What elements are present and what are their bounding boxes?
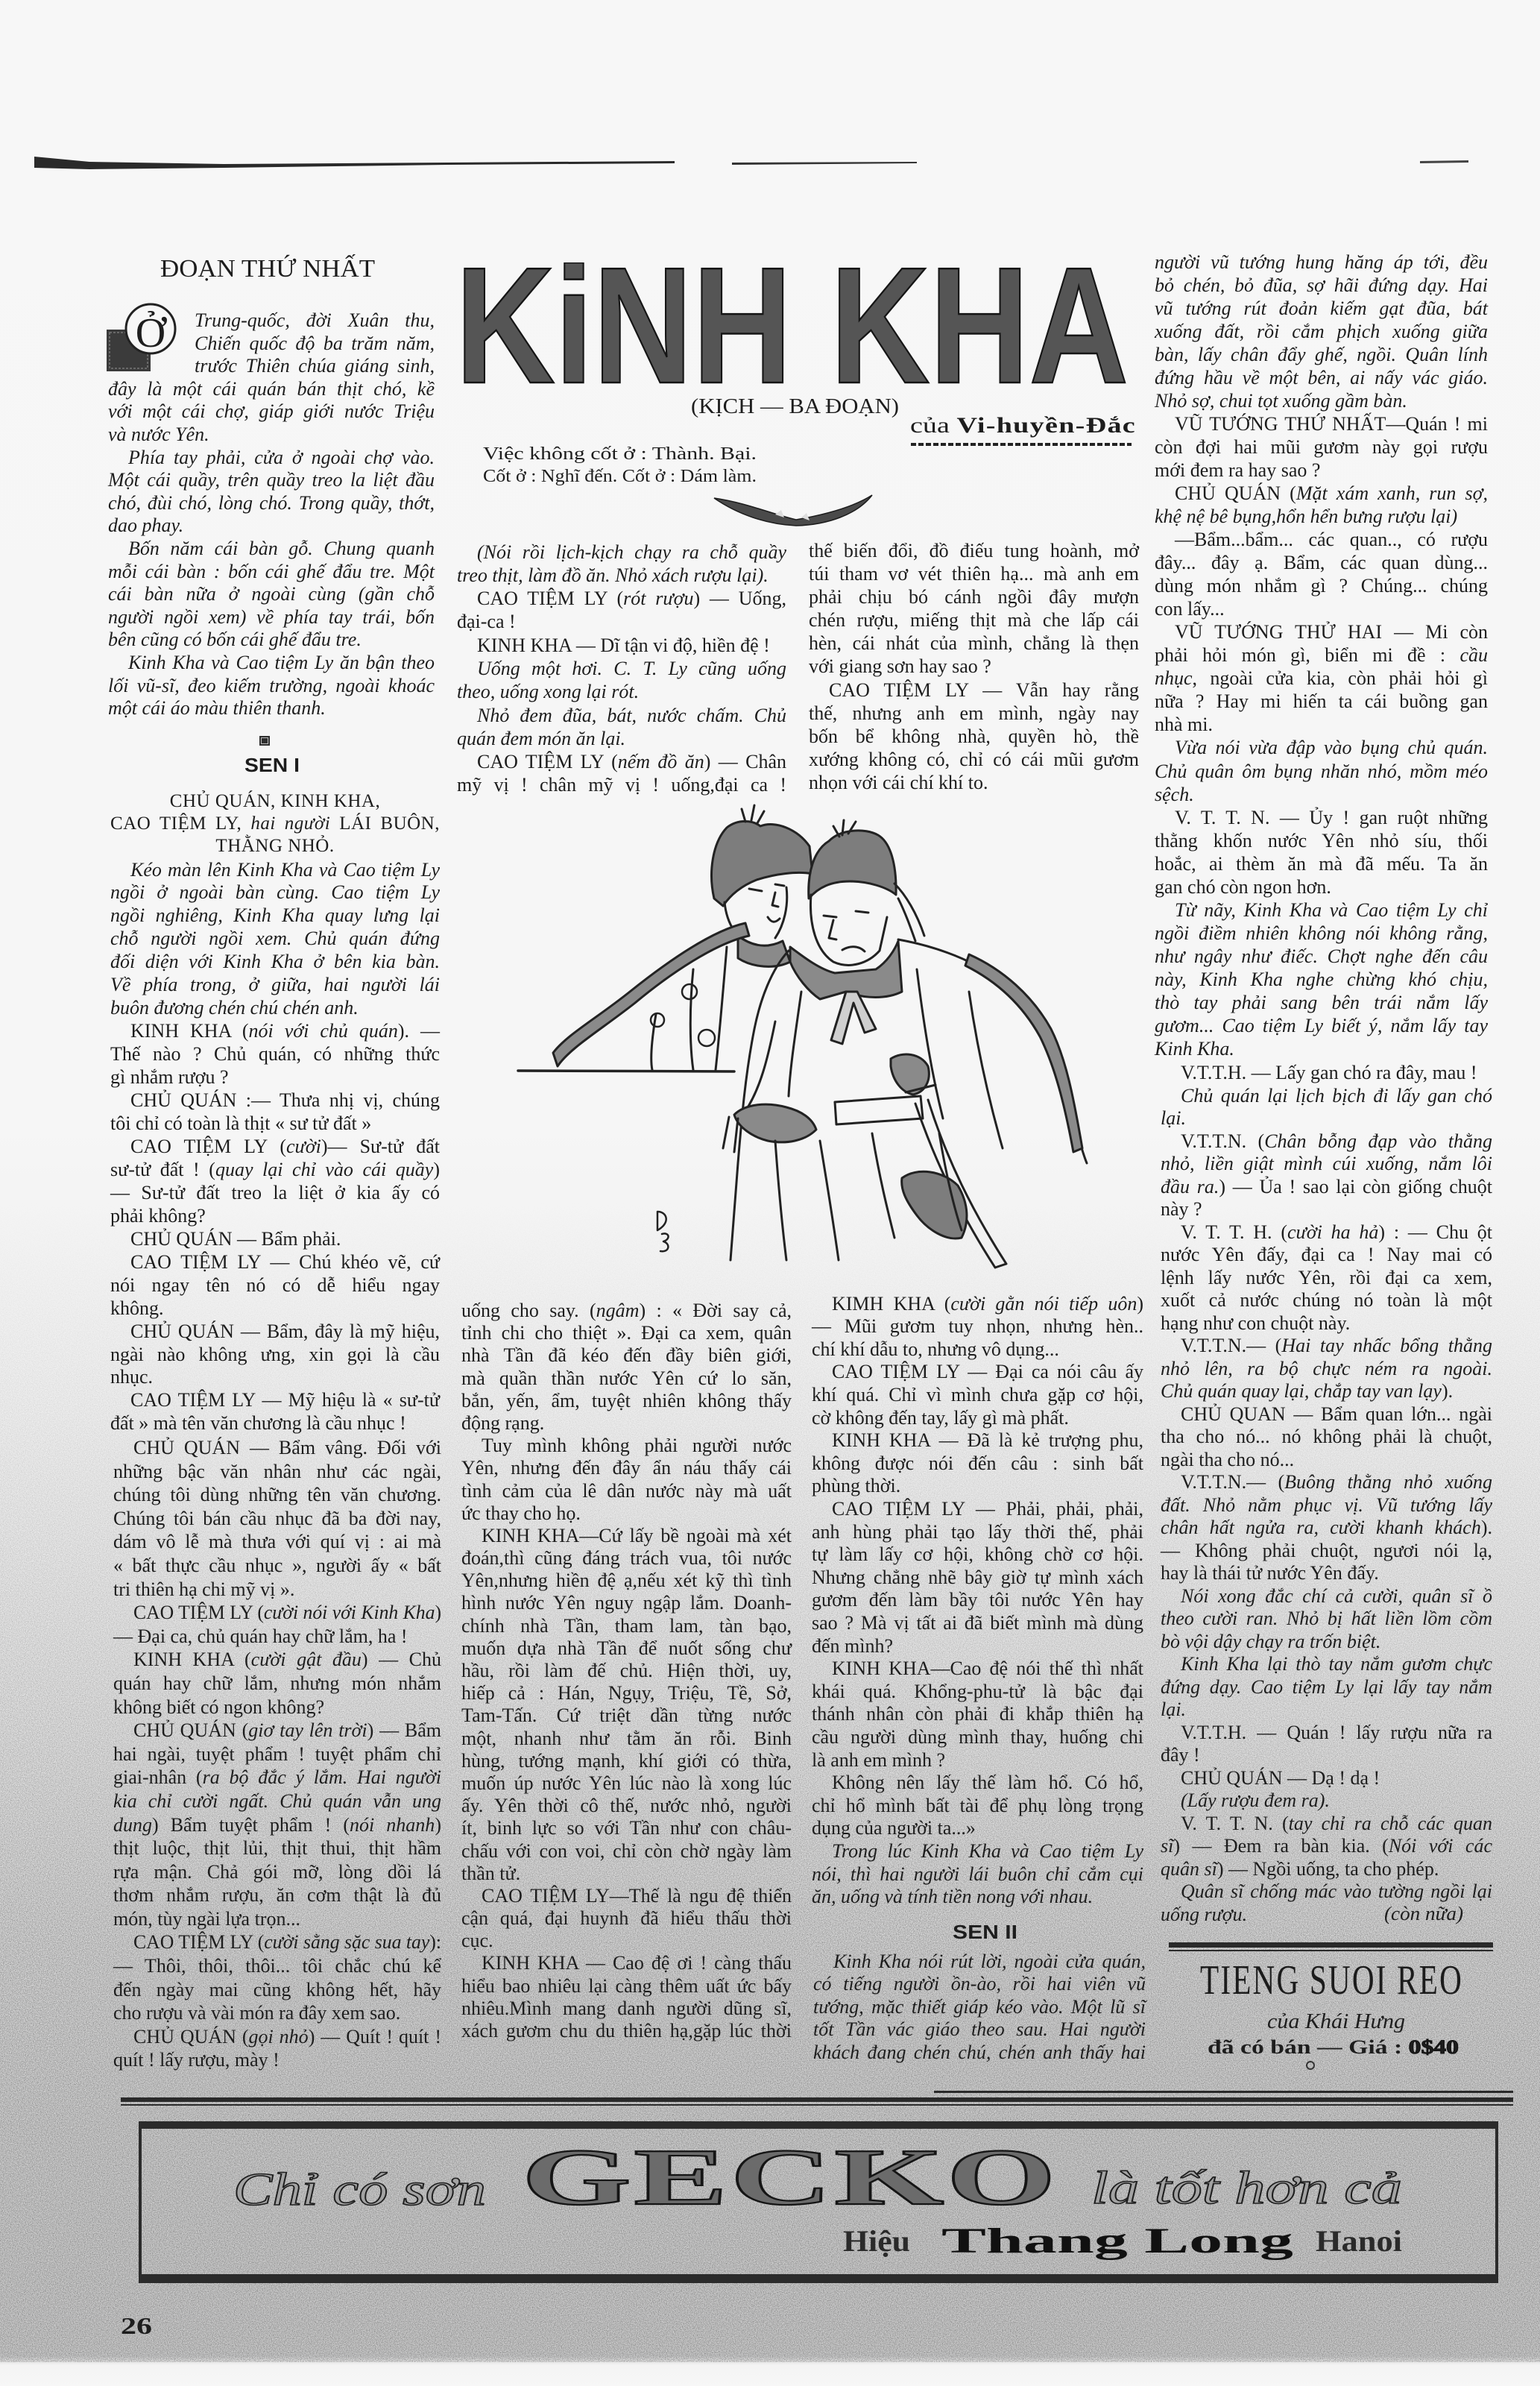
text-line: Kinh Kha nói rút lời, ngoài cửa quán, <box>813 1951 1146 1974</box>
stage-direction: người vũ tướng hung hăng áp tới, đềubỏ c… <box>1155 251 1488 412</box>
dialogue-paragraph: CHỦ QUÁN (Mặt xám xanh, run sợ,khệ nệ bê… <box>1155 482 1488 528</box>
text-line: cận quá, đại huynh đã hiểu thấu thời <box>461 1907 792 1930</box>
text-line: CAO TIỆM LY — Mỹ hiệu là « sư-tử <box>110 1389 440 1412</box>
text-line: đây là một cái quán bán thịt chó, kề <box>108 378 435 401</box>
text-line: KINH KHA — Dĩ tận vi độ, hiền đệ ! <box>457 634 786 657</box>
text-line: gươm... Cao tiệm Ly biết ý, nắm lấy tay <box>1155 1014 1488 1037</box>
act-heading: ĐOẠN THỨ NHẤT <box>160 258 375 280</box>
text-line: xách gươm chu du thiên hạ,gặp lúc thời <box>461 2020 792 2042</box>
book-ad-author: của Khái Hưng <box>1267 2012 1405 2033</box>
dialogue-paragraph: KINH KHA (nói với chủ quán). —Thế nào ? … <box>110 1020 440 1089</box>
text-line: quán đem món ăn lại. <box>457 727 786 750</box>
text-line: cờ không đến tay, lấy gì mà phất. <box>812 1407 1143 1430</box>
text-line: Chúng tôi bán cầu nhục đã ba đời nay, <box>113 1507 441 1531</box>
text-line: Về phía trong, ở giữa, hai người lái <box>110 974 440 997</box>
text-line: phải hỏi món gì, biển mi đề : cầu <box>1155 643 1488 667</box>
text-line: VŨ TƯỚNG THỨ NHẤT—Quán ! mi <box>1155 412 1488 435</box>
text-line: CAO TIỆM LY — Phải, phải, phải, <box>812 1498 1143 1521</box>
text-line: V.T.T.N. (Chân bỗng đạp vào thằng <box>1161 1130 1492 1153</box>
middle-column-b-top: thế biến đổi, đồ điếu tung hoành, mởtúi … <box>809 539 1139 795</box>
dialogue-paragraph: CAO TIỆM LY — Đại ca nói câu ấykhí quá. … <box>812 1361 1143 1429</box>
text-line: V. T. T. N. — Ủy ! gan ruột những <box>1155 806 1488 829</box>
text-line: KINH KHA (cười gật đầu) — Chủ <box>113 1648 441 1672</box>
swoosh-ornament-icon <box>708 488 880 529</box>
dialogue-paragraph: KINH KHA — Dĩ tận vi độ, hiền đệ ! <box>457 634 786 657</box>
text-line: Từ nãy, Kinh Kha và Cao tiệm Ly chỉ <box>1155 898 1488 922</box>
text-line: rựa mận. Chả gói mỡ, lòng dồi lá <box>113 1860 441 1884</box>
text-line: hèn, cái nhát của mình, chẳng là thẹn <box>809 632 1139 655</box>
top-rule <box>0 149 1540 179</box>
text-line: sao ? Mà vị tất ai đã biết mình mà dùng <box>812 1612 1143 1635</box>
text-line: chân hất ngửa ra, cười khanh khách). <box>1161 1517 1492 1540</box>
text-line: Kinh Kha và Cao tiệm Ly ăn bận theo <box>108 652 435 675</box>
text-line: V.T.T.N.— (Buông thằng nhỏ xuống <box>1161 1471 1492 1494</box>
text-line: THẰNG NHỎ. <box>110 835 440 857</box>
text-line: cái bàn nữa ở ngoài cùng (gần chỗ <box>108 583 435 606</box>
text-line: CHỦ QUÁN (Mặt xám xanh, run sợ, <box>1155 482 1488 505</box>
stage-direction: (Lấy rượu đem ra). <box>1161 1789 1492 1813</box>
text-line: CAO TIỆM LY — Chú khéo vẽ, cứ <box>110 1251 440 1274</box>
ad-top-rule-thin-upper <box>934 2091 1513 2093</box>
text-line: tôi chỉ có toàn là thịt « sư tử đất » <box>110 1112 440 1136</box>
text-line: CAO TIỆM LY (rót rượu) — Uống, <box>457 587 786 610</box>
text-line: có tiếng người ồn-ào, rồi hai viên vũ <box>813 1973 1146 1996</box>
text-line: này ? <box>1161 1198 1492 1221</box>
text-line: đây... đây ạ. Bẩm, các quan dùng... <box>1155 551 1488 574</box>
text-line: gươm đến làm bầy tôi nước Yên hay <box>812 1589 1143 1612</box>
dialogue-paragraph: V.T.T.H. — Quán ! lấy rượu nữa rađây ! <box>1161 1722 1492 1767</box>
dialogue-paragraph: V. T. T. H. (cười ha hả) : — Chu ộtnước … <box>1161 1221 1492 1335</box>
text-line: là anh em mình ? <box>812 1749 1143 1772</box>
text-line: thịt luộc, thịt lủi, thịt thui, thịt hầm <box>113 1836 441 1860</box>
text-line: Vừa nói vừa đập vào bụng chủ quán. <box>1155 736 1488 759</box>
text-line: anh hùng phải tạo lấy thời thế, phải <box>812 1521 1143 1544</box>
text-line: Kinh Kha. <box>1155 1037 1488 1060</box>
text-line: một, nhanh như tằm ăn rỗi. Binh <box>461 1728 792 1750</box>
stage-direction: Vừa nói vừa đập vào bụng chủ quán.Chủ qu… <box>1155 736 1488 805</box>
stage-direction: Trong lúc Kinh Kha và Cao tiệm Lynói, th… <box>812 1840 1143 1909</box>
text-line: nhỏ lên, ra bộ chực ném ra ngoài. <box>1161 1358 1492 1381</box>
text-line: chỉ hổ mình bất tài để phụ lòng trọng <box>812 1795 1143 1818</box>
text-line: CAO TIỆM LY—Thế là ngu đệ thiển <box>461 1885 792 1907</box>
text-line: CHỦ QUÁN (giơ tay lên trời) — Bẩm <box>113 1719 441 1743</box>
author-prefix: của <box>910 413 956 438</box>
scene-heading-1: SEN I <box>244 755 300 775</box>
text-line: nhà mi. <box>1155 713 1488 736</box>
text-line: thằng khốn nước Yên nhỏ síu, thối <box>1155 829 1488 852</box>
text-line: thơm nhắm rượu, ăn cơm thật là đủ <box>113 1883 441 1907</box>
stage-direction: Kinh Kha và Cao tiệm Ly ăn bận theolối v… <box>108 652 435 720</box>
text-line: CAO TIỆM LY, hai người LÁI BUÔN, <box>110 813 440 835</box>
text-line: CAO TIỆM LY — Vẫn hay rằng <box>809 679 1139 702</box>
text-line: quít ! lấy rượu, mày ! <box>113 2048 441 2072</box>
text-line: nhục, ngoài cửa kia, còn phải hỏi gì <box>1155 667 1488 690</box>
dialogue-paragraph: CAO TIỆM LY — Phải, phải, phải,anh hùng … <box>812 1498 1143 1658</box>
dialogue-paragraph: Tuy mình không phải người nướcYên, nhưng… <box>461 1435 792 1525</box>
text-line: (Lấy rượu đem ra). <box>1161 1789 1492 1813</box>
text-line: khách đang chén chú, chén anh thấy hai <box>813 2042 1146 2065</box>
text-line: theo, uống xong lại rót. <box>457 680 786 703</box>
text-line: « bất thực cầu nhục », người ấy « bất <box>113 1554 441 1578</box>
dialogue-paragraph: CHỦ QUÁN :— Thưa nhị vị, chúngtôi chỉ có… <box>110 1089 440 1136</box>
text-line: nhà Tần đã kéo đến đầy biên giới, <box>461 1344 792 1367</box>
stage-direction: (Nói rồi lịch-kịch chạy ra chỗ quầytreo … <box>457 541 786 588</box>
text-line: CHỦ QUÁN :— Thưa nhị vị, chúng <box>110 1089 440 1112</box>
dialogue-paragraph: VŨ TƯỚNG THỨ NHẤT—Quán ! micòn đợi hai m… <box>1155 412 1488 482</box>
text-line: KINH KHA — Cao đệ ơi ! càng thấu <box>461 1952 792 1974</box>
book-ad-availability: đã có bán — Giá : <box>1208 2036 1409 2058</box>
right-column-part-2: V.T.T.H. — Lấy gan chó ra đây, mau !Chủ … <box>1161 1062 1492 1926</box>
stage-direction: Nói xong đắc chí cả cười, quân sĩ ồtheo … <box>1161 1585 1492 1654</box>
scene-heading-2: SEN II <box>953 1922 1017 1942</box>
text-line: Nói xong đắc chí cả cười, quân sĩ ồ <box>1161 1585 1492 1608</box>
ornament-icon <box>259 736 270 746</box>
text-line: mới đem ra hay sao ? <box>1155 459 1488 482</box>
text-line: người vũ tướng hung hăng áp tới, đều <box>1155 251 1488 274</box>
text-line: bò vội dậy chạy ra trốn biệt. <box>1161 1631 1492 1654</box>
text-line: CAO TIỆM LY — Đại ca nói câu ấy <box>812 1361 1143 1384</box>
stage-direction: Trung-quốc, đời Xuân thu,Chiến quốc độ b… <box>108 309 435 447</box>
text-line: món, tùy ngài lựa trọn... <box>113 1907 441 1931</box>
dialogue-paragraph: V.T.T.H. — Lấy gan chó ra đây, mau ! <box>1161 1062 1492 1085</box>
text-line: KINH KHA (nói với chủ quán). — <box>110 1020 440 1043</box>
text-line: ngồi ở ngoài bàn cùng. Cao tiệm Ly <box>110 881 440 904</box>
text-line: chó, đùi chó, lòng chó. Trong quầy, thớt… <box>108 492 435 515</box>
text-line: thần tử. <box>461 1863 792 1885</box>
text-line: buôn đương chén chú chén anh. <box>110 997 440 1020</box>
text-line: thò tay phải sang bên trái nắm lấy <box>1155 991 1488 1014</box>
text-line: hạng như con chuột này. <box>1161 1312 1492 1335</box>
dialogue-paragraph: CAO TIỆM LY — Vẫn hay rằngthế, nhưng anh… <box>809 679 1139 795</box>
two-swordsmen-illustration <box>507 798 1103 1290</box>
text-line: V.T.T.N.— (Hai tay nhấc bổng thằng <box>1161 1335 1492 1358</box>
dialogue-paragraph: CHỦ QUÁN — Bẩm, đây là mỹ hiệu,ngài nào … <box>110 1321 440 1390</box>
text-line: nói ngay tên nó có dễ hiểu ngay <box>110 1274 440 1297</box>
text-line: ngài nào không ưng, xin gọi là cầu <box>110 1344 440 1367</box>
dialogue-paragraph: CAO TIỆM LY (cười nói với Kinh Kha)— Đại… <box>113 1601 441 1648</box>
text-line: và nước Yên. <box>108 424 435 447</box>
text-line: ít, binh lực so với Tần như con châu- <box>461 1817 792 1839</box>
text-line: dám vô lễ mà thưa với quí vị : ai mà <box>113 1530 441 1554</box>
text-line: không. <box>110 1297 440 1321</box>
motto-line-2: Cốt ở : Nghĩ đến. Cốt ở : Dám làm. <box>483 468 757 485</box>
text-line: dùng món nhắm gì ? Chúng... chúng <box>1155 574 1488 597</box>
text-line: KINH KHA—Cứ lấy bề ngoài mà xét <box>461 1525 792 1547</box>
text-line: nước Yên đấy, đại ca ! Nay mai có <box>1161 1244 1492 1267</box>
text-line: kia chỉ cười ngất. Chủ quán vẫn ung <box>113 1789 441 1813</box>
text-line: Chủ quán quay lại, chắp tay van lạy). <box>1161 1380 1492 1403</box>
text-line: Nhỏ đem đũa, bát, nước chấm. Chủ <box>457 704 786 727</box>
text-line: xuốt cả nước chúng nó toàn là một <box>1161 1289 1492 1312</box>
stage-direction: Kinh Kha nói rút lời, ngoài cửa quán,có … <box>813 1951 1146 2065</box>
cast-list-line: THẰNG NHỎ. <box>110 835 440 857</box>
text-line: Nhưng chẳng nhẽ bây giờ tự mình xách <box>812 1567 1143 1590</box>
text-line: CHỦ QUÁN — Bẩm, đây là mỹ hiệu, <box>110 1321 440 1344</box>
text-line: phải chịu bó cánh ngồi đây mượn <box>809 585 1139 608</box>
dialogue-paragraph: thế biến đổi, đồ điếu tung hoành, mởtúi … <box>809 539 1139 679</box>
text-line: — Không phải chuột, ngươi nói lạ, <box>1161 1540 1492 1563</box>
text-line: bốn bể không nhà, quyền hò, thề <box>809 725 1139 748</box>
text-line: lại. <box>1161 1699 1492 1722</box>
ad-top-rule-thin <box>121 2104 1513 2106</box>
text-line: đến ngày mai cũng không hết, hãy <box>113 1978 441 2002</box>
text-line: sư-tử đất ! (quay lại chỉ vào cái quầy) <box>110 1159 440 1182</box>
text-line: KINH KHA — Đã là kẻ trượng phu, <box>812 1429 1143 1452</box>
text-line: —Bẩm...bẩm... các quan.., có rượu <box>1155 528 1488 551</box>
paint-ad-store-prefix: Hiệu <box>843 2225 910 2258</box>
text-line: quân sĩ) — Ngồi uống, ta cho phép. <box>1161 1858 1492 1881</box>
middle-column-a-top: (Nói rồi lịch-kịch chạy ra chỗ quầytreo … <box>457 541 786 797</box>
text-line: muốn úp nước Yên lúc nào là xong lúc <box>461 1772 792 1795</box>
text-line: khái quá. Khổng-phu-tử là bậc đại <box>812 1681 1143 1704</box>
text-line: thế biến đổi, đồ điếu tung hoành, mở <box>809 539 1139 562</box>
dialogue-paragraph: KINH KHA—Cao đệ nói thế thì nhấtkhái quá… <box>812 1658 1143 1772</box>
text-line: nhiêu.Mình mang danh người dũng sĩ, <box>461 1998 792 2020</box>
text-line: V. T. T. N. (tay chỉ ra chỗ các quan <box>1161 1813 1492 1836</box>
text-line: CAO TIỆM LY (cười sằng sặc sua tay): <box>113 1930 441 1954</box>
text-line: ngồi điềm nhiên không nói không rằng, <box>1155 922 1488 945</box>
text-line: tự làm lấy cơ hội, không chờ cơ hội. <box>812 1543 1143 1567</box>
text-line: chí khí dẫu to, nhưng vô dụng... <box>812 1338 1143 1362</box>
dialogue-paragraph: CHỦ QUÁN — Bẩm vâng. Đối vớinhững bậc vă… <box>113 1436 441 1601</box>
text-line: con lấy... <box>1155 597 1488 620</box>
text-line: theo cười ran. Nhỏ bị hất liền lồm cồm <box>1161 1608 1492 1631</box>
text-line: đây ! <box>1161 1744 1492 1767</box>
motto-line-1: Việc không cốt ở : Thành. Bại. <box>483 445 757 463</box>
book-ad-price-line: đã có bán — Giá : 0$40 <box>1208 2037 1459 2058</box>
stage-direction: Kéo màn lên Kinh Kha và Cao tiệm Lyngồi … <box>110 859 440 1021</box>
text-line: những bậc văn nhân như các ngài, <box>113 1460 441 1484</box>
text-line: tướng, mặc thiết giáp kéo vào. Một lũ sĩ <box>813 1996 1146 2019</box>
text-line: người ngồi xem) về phía tay trái, bốn <box>108 606 435 629</box>
text-line: Bốn năm cái bàn gỗ. Chung quanh <box>108 538 435 561</box>
page-number: 26 <box>121 2314 152 2337</box>
text-line: hầu, rồi làm đế chủ. Hiện thời, uy, <box>461 1660 792 1682</box>
middle-column-a-bottom: uống cho say. (ngâm) : « Đời say cả,tỉnh… <box>461 1300 792 2042</box>
text-line: Tam-Tấn. Cứ triệt dần từng nước <box>461 1704 792 1727</box>
text-line: uống cho say. (ngâm) : « Đời say cả, <box>461 1300 792 1322</box>
text-line: ăn, uống và tính tiền nong với nhau. <box>812 1886 1143 1909</box>
text-line: động rạng. <box>461 1412 792 1435</box>
text-line: xướng không có, chỉ có cái mũi gươm <box>809 748 1139 771</box>
dialogue-paragraph: V. T. T. N. (tay chỉ ra chỗ các quansĩ) … <box>1161 1813 1492 1881</box>
text-line: đứng dạy. Cao tiệm Ly lại lấy tay nắm <box>1161 1676 1492 1699</box>
text-line: bỏ chén, bỏ đũa, sợ hãi đứng dạy. Hai <box>1155 274 1488 297</box>
text-line: trước Thiên chúa giáng sinh, <box>108 355 435 378</box>
text-line: cầu người dùng mình thay, huống chi <box>812 1726 1143 1749</box>
middle-column-b-scene-2: Kinh Kha nói rút lời, ngoài cửa quán,có … <box>813 1951 1146 2065</box>
text-line: tri thiên hạ chi mỹ vị ». <box>113 1578 441 1602</box>
text-line: VŨ TƯỚNG THỬ HAI — Mi còn <box>1155 620 1488 643</box>
text-line: dung) Bẩm tuyệt phẩm ! (nói nhanh) <box>113 1813 441 1837</box>
dialogue-paragraph: uống cho say. (ngâm) : « Đời say cả,tỉnh… <box>461 1300 792 1435</box>
text-line: mà quần thần nước Yên cứ lo săn, <box>461 1367 792 1390</box>
text-line: muốn dựa nhà Tần để nuốt sống chư <box>461 1637 792 1660</box>
paint-ad-lead: Chỉ có sơn <box>233 2166 486 2214</box>
text-line: Yên,nhưng hiền đệ ạ,nếu xét kỹ thì tình <box>461 1570 792 1592</box>
text-line: Chiến quốc độ ba trăm năm, <box>108 333 435 356</box>
text-line: treo thịt, làm đồ ăn. Nhỏ xách rượu lại)… <box>457 564 786 587</box>
text-line: Thế nào ? Chủ quán, có những thức <box>110 1043 440 1066</box>
stage-direction: Kinh Kha lại thò tay nắm gươm chựcđứng d… <box>1161 1653 1492 1722</box>
dialogue-paragraph: KINH KHA — Cao đệ ơi ! càng thấuhiểu bao… <box>461 1952 792 2042</box>
dialogue-paragraph: KINH KHA (cười gật đầu) — Chủquán hay ch… <box>113 1648 441 1719</box>
newspaper-page: ĐOẠN THỨ NHẤT Ở Trung-quốc, đời Xuân thu… <box>0 0 1540 2386</box>
dialogue-paragraph: VŨ TƯỚNG THỬ HAI — Mi cònphải hỏi món gì… <box>1155 620 1488 736</box>
paint-ad-tail: là tốt hơn cả <box>1091 2165 1402 2212</box>
dialogue-paragraph: V.T.T.N.— (Buông thằng nhỏ xuốngđất. Nhỏ… <box>1161 1471 1492 1585</box>
text-line: lối vũ-sĩ, đeo kiếm trường, ngoài khoác <box>108 675 435 698</box>
text-line: V.T.T.H. — Quán ! lấy rượu nữa ra <box>1161 1722 1492 1745</box>
text-line: bên cũng có bốn cái ghế đẩu tre. <box>108 629 435 652</box>
stage-direction: Bốn năm cái bàn gỗ. Chung quanhmỗi cái b… <box>108 538 435 652</box>
text-line: như ngây như điếc. Chợt nghe đến câu <box>1155 945 1488 968</box>
text-line: nói, thì hai người lái buôn chỉ cắm cụi <box>812 1863 1143 1886</box>
dialogue-paragraph: Không nên lấy thế làm hổ. Có hổ,chỉ hổ m… <box>812 1772 1143 1840</box>
dialogue-paragraph: CAO TIỆM LY—Thế là ngu đệ thiểncận quá, … <box>461 1885 792 1953</box>
text-line: gì nhắm rượu ? <box>110 1066 440 1089</box>
to-be-continued-note: (còn nữa) <box>1384 1903 1463 1925</box>
text-line: không biết có ngon không? <box>113 1696 441 1719</box>
text-line: khệ nệ bê bụng,hổn hển bưng rượu lại) <box>1155 505 1488 528</box>
text-line: tỉnh chi cho thiệt ». Đại ca xem, quân <box>461 1322 792 1344</box>
text-line: Một cái quầy, trên quầy treo la liệt đầu <box>108 469 435 492</box>
text-line: đến mình? <box>812 1635 1143 1658</box>
text-line: chỗ người ngồi xem. Chủ quán đứng <box>110 928 440 951</box>
text-line: vũ tướng rút đoản kiếm gạt đũa, bát <box>1155 297 1488 320</box>
paint-ad-store-name: Thang Long <box>941 2222 1293 2261</box>
text-line: tốt Tần vác giáo theo sau. Hai người <box>813 2018 1146 2042</box>
text-line: lệnh lấy nước Yên, rồi đại ca xem, <box>1161 1267 1492 1290</box>
text-line: CHỦ QUAN — Bẩm quan lớn... ngài <box>1161 1403 1492 1426</box>
dialogue-paragraph: V. T. T. N. — Ủy ! gan ruột nhữngthằng k… <box>1155 806 1488 898</box>
text-line: Phía tay phải, cửa ở ngoài chợ vào. <box>108 447 435 470</box>
text-line: CHỦ QUÁN (gọi nhỏ) — Quít ! quít ! <box>113 2025 441 2049</box>
text-line: dao phay. <box>108 514 435 538</box>
text-line: ấy. Yên thời cô thế, nước nhỏ, người <box>461 1795 792 1817</box>
dialogue-paragraph: CHỦ QUAN — Bẩm quan lớn... ngàitha cho n… <box>1161 1403 1492 1472</box>
book-ad-rule-thick <box>1169 1942 1493 1948</box>
text-line: Trong lúc Kinh Kha và Cao tiệm Ly <box>812 1840 1143 1863</box>
text-line: hoắc, ai thèm ăn mà đã mếu. Ta ăn <box>1155 852 1488 875</box>
text-line: không được nói đến câu : sinh bất <box>812 1452 1143 1476</box>
text-line: đất » mà tên văn chương là cầu nhục ! <box>110 1412 440 1435</box>
text-line: KINH KHA—Cao đệ nói thế thì nhất <box>812 1658 1143 1681</box>
text-line: lại. <box>1161 1107 1492 1130</box>
dialogue-paragraph: KIMH KHA (cười gằn nói tiếp uôn)— Mũi gư… <box>812 1293 1143 1362</box>
text-line: còn đợi hai mũi gươm này gọi rượu <box>1155 435 1488 459</box>
text-line: đất. Nhỏ nằm phục vị. Vũ tướng lấy <box>1161 1494 1492 1517</box>
dialogue-paragraph: CAO TIỆM LY (nếm đồ ăn) — Chânmỹ vị ! ch… <box>457 750 786 797</box>
paint-ad-brand: GECKO <box>522 2137 1058 2219</box>
author-underline <box>911 443 1132 446</box>
text-line: xuống đất, rồi cắm phịch xuống giữa <box>1155 320 1488 343</box>
text-line: hình nước Yên nguy ngập lắm. Doanh- <box>461 1592 792 1614</box>
text-line: CHỦ QUÁN — Dạ ! dạ ! <box>1161 1767 1492 1790</box>
text-line: chính nhà Tần, tham lam, tàn bạo, <box>461 1615 792 1637</box>
text-line: ức thay cho họ. <box>461 1502 792 1525</box>
stage-direction: Từ nãy, Kinh Kha và Cao tiệm Ly chỉngồi … <box>1155 898 1488 1060</box>
text-line: hai ngài, tuyệt phẩm ! tuyệt phẩm chỉ <box>113 1743 441 1766</box>
text-line: — Mũi gươm tuy nhọn, nhưng hèn.. <box>812 1315 1143 1338</box>
text-line: Yên, nhưng đến đây ẩn náu thấy cái <box>461 1457 792 1479</box>
dialogue-paragraph: CAO TIỆM LY (cười sằng sặc sua tay):— Th… <box>113 1930 441 2024</box>
dialogue-paragraph: V.T.T.N.— (Hai tay nhấc bổng thằngnhỏ lê… <box>1161 1335 1492 1403</box>
book-ad-title: TIENG SUOI REO <box>1200 1964 1463 1997</box>
text-line: hiếp cả : Hán, Ngụy, Triệu, Tề, Sở, <box>461 1682 792 1704</box>
text-line: hiểu bao nhiêu lại càng thêm uất ức bấy <box>461 1975 792 1998</box>
text-line: phải không? <box>110 1205 440 1228</box>
text-line: nhọn với cái chí khí to. <box>809 771 1139 794</box>
left-column-intro: Trung-quốc, đời Xuân thu,Chiến quốc độ b… <box>108 309 435 720</box>
text-line: sĩ) — Đem ra bàn kia. (Nói với các <box>1161 1835 1492 1858</box>
dialogue-paragraph: KINH KHA — Đã là kẻ trượng phu,không đượ… <box>812 1429 1143 1498</box>
text-line: đại-ca ! <box>457 610 786 633</box>
dialogue-paragraph: V.T.T.N. (Chân bỗng đạp vào thằngnhỏ, li… <box>1161 1130 1492 1221</box>
text-line: Kinh Kha lại thò tay nắm gươm chực <box>1161 1653 1492 1676</box>
cast-list-line: CAO TIỆM LY, hai người LÁI BUÔN, <box>110 813 440 835</box>
dialogue-paragraph: CHỦ QUÁN — Dạ ! dạ ! <box>1161 1767 1492 1790</box>
dialogue-paragraph: CAO TIỆM LY (rót rượu) — Uống,đại-ca ! <box>457 587 786 634</box>
text-line: chấu với con voi, chỉ còn chờ ngày làm <box>461 1840 792 1863</box>
left-column-dialogue-part-1: Kéo màn lên Kinh Kha và Cao tiệm Lyngồi … <box>110 859 440 1436</box>
book-ad-price: 0$40 <box>1409 2036 1459 2058</box>
text-line: quán hay chữ lắm, nhưng món nhắm <box>113 1672 441 1696</box>
stage-direction: Nhỏ đem đũa, bát, nước chấm. Chủquán đem… <box>457 704 786 751</box>
text-line: Chủ quán lại lịch bịch đi lấy gan chó <box>1161 1085 1492 1108</box>
text-line: nhỏ, liền giật mình cúi xuống, nắm lôi <box>1161 1153 1492 1176</box>
text-line: đứng hầu về một bên, ai nấy vác giáo. <box>1155 366 1488 389</box>
text-line: hùng, tướng mạnh, khí giới có thừa, <box>461 1750 792 1772</box>
text-line: (Nói rồi lịch-kịch chạy ra chỗ quầy <box>457 541 786 564</box>
text-line: CAO TIỆM LY (cười nói với Kinh Kha) <box>113 1601 441 1625</box>
stage-direction: Chủ quán lại lịch bịch đi lấy gan chólại… <box>1161 1085 1492 1130</box>
text-line: bắn, yến, ẩm, tuyệt nhiên không thấy <box>461 1390 792 1412</box>
left-column-dialogue-part-2: CHỦ QUÁN — Bẩm vâng. Đối vớinhững bậc vă… <box>113 1436 441 2072</box>
text-line: Kéo màn lên Kinh Kha và Cao tiệm Ly <box>110 859 440 882</box>
paint-ad-store-city: Hanoi <box>1316 2225 1402 2258</box>
dialogue-paragraph: KINH KHA—Cứ lấy bề ngoài mà xétđoán,thì … <box>461 1525 792 1885</box>
text-line: nữa ? Hay mi hiến ta cái buồng gan <box>1155 690 1488 713</box>
text-line: giai-nhân (ra bộ đắc ý lắm. Hai người <box>113 1766 441 1789</box>
text-line: Tuy mình không phải người nước <box>461 1435 792 1457</box>
text-line: CHỦ QUÁN — Bẩm vâng. Đối với <box>113 1436 441 1460</box>
text-line: khí quá. Chỉ vì mình chưa gặp cơ hội, <box>812 1384 1143 1407</box>
text-line: mỹ vị ! chân mỹ vị ! uống,đại ca ! <box>457 773 786 796</box>
text-line: thánh nhân còn phải đi khắp thiên hạ <box>812 1703 1143 1726</box>
text-line: chúng tôi dùng những tên văn chương. <box>113 1483 441 1507</box>
play-title: KiNH KHA <box>452 262 1132 386</box>
text-line: bàn, lấy chân đẩy ghế, ngồi. Quân lính <box>1155 343 1488 366</box>
text-line: Uống một hơi. C. T. Ly cũng uống <box>457 657 786 680</box>
text-line: chén rượu, miếng thịt mà che lấp cái <box>809 608 1139 632</box>
svg-text:KiNH KHA: KiNH KHA <box>455 262 1129 386</box>
text-line: Chủ quân ôm bụng nhăn nhó, mồm méo <box>1155 760 1488 783</box>
text-line: mỗi cái bàn : bốn cái ghế đẩu tre. Một <box>108 561 435 584</box>
text-line: ngài tha cho nó... <box>1161 1449 1492 1472</box>
text-line: Nhỏ sợ, chui tọt xuống gầm bàn. <box>1155 389 1488 412</box>
text-line: phùng thời. <box>812 1475 1143 1498</box>
text-line: thế, nhưng anh em mình, ngày nay <box>809 702 1139 725</box>
cast-list-line: CHỦ QUÁN, KINH KHA, <box>110 790 440 813</box>
text-line: CHỦ QUÁN — Bẩm phải. <box>110 1228 440 1251</box>
text-line: với giang sơn hay sao ? <box>809 655 1139 678</box>
text-line: Không nên lấy thế làm hổ. Có hổ, <box>812 1772 1143 1795</box>
text-line: hay là thái tử nước Yên đấy. <box>1161 1562 1492 1585</box>
play-genre-subtitle: (KỊCH — BA ĐOẠN) <box>691 396 899 418</box>
text-line: cho rượu và vài món ra đây xem sao. <box>113 2001 441 2025</box>
text-line: V. T. T. H. (cười ha hả) : — Chu ột <box>1161 1221 1492 1244</box>
